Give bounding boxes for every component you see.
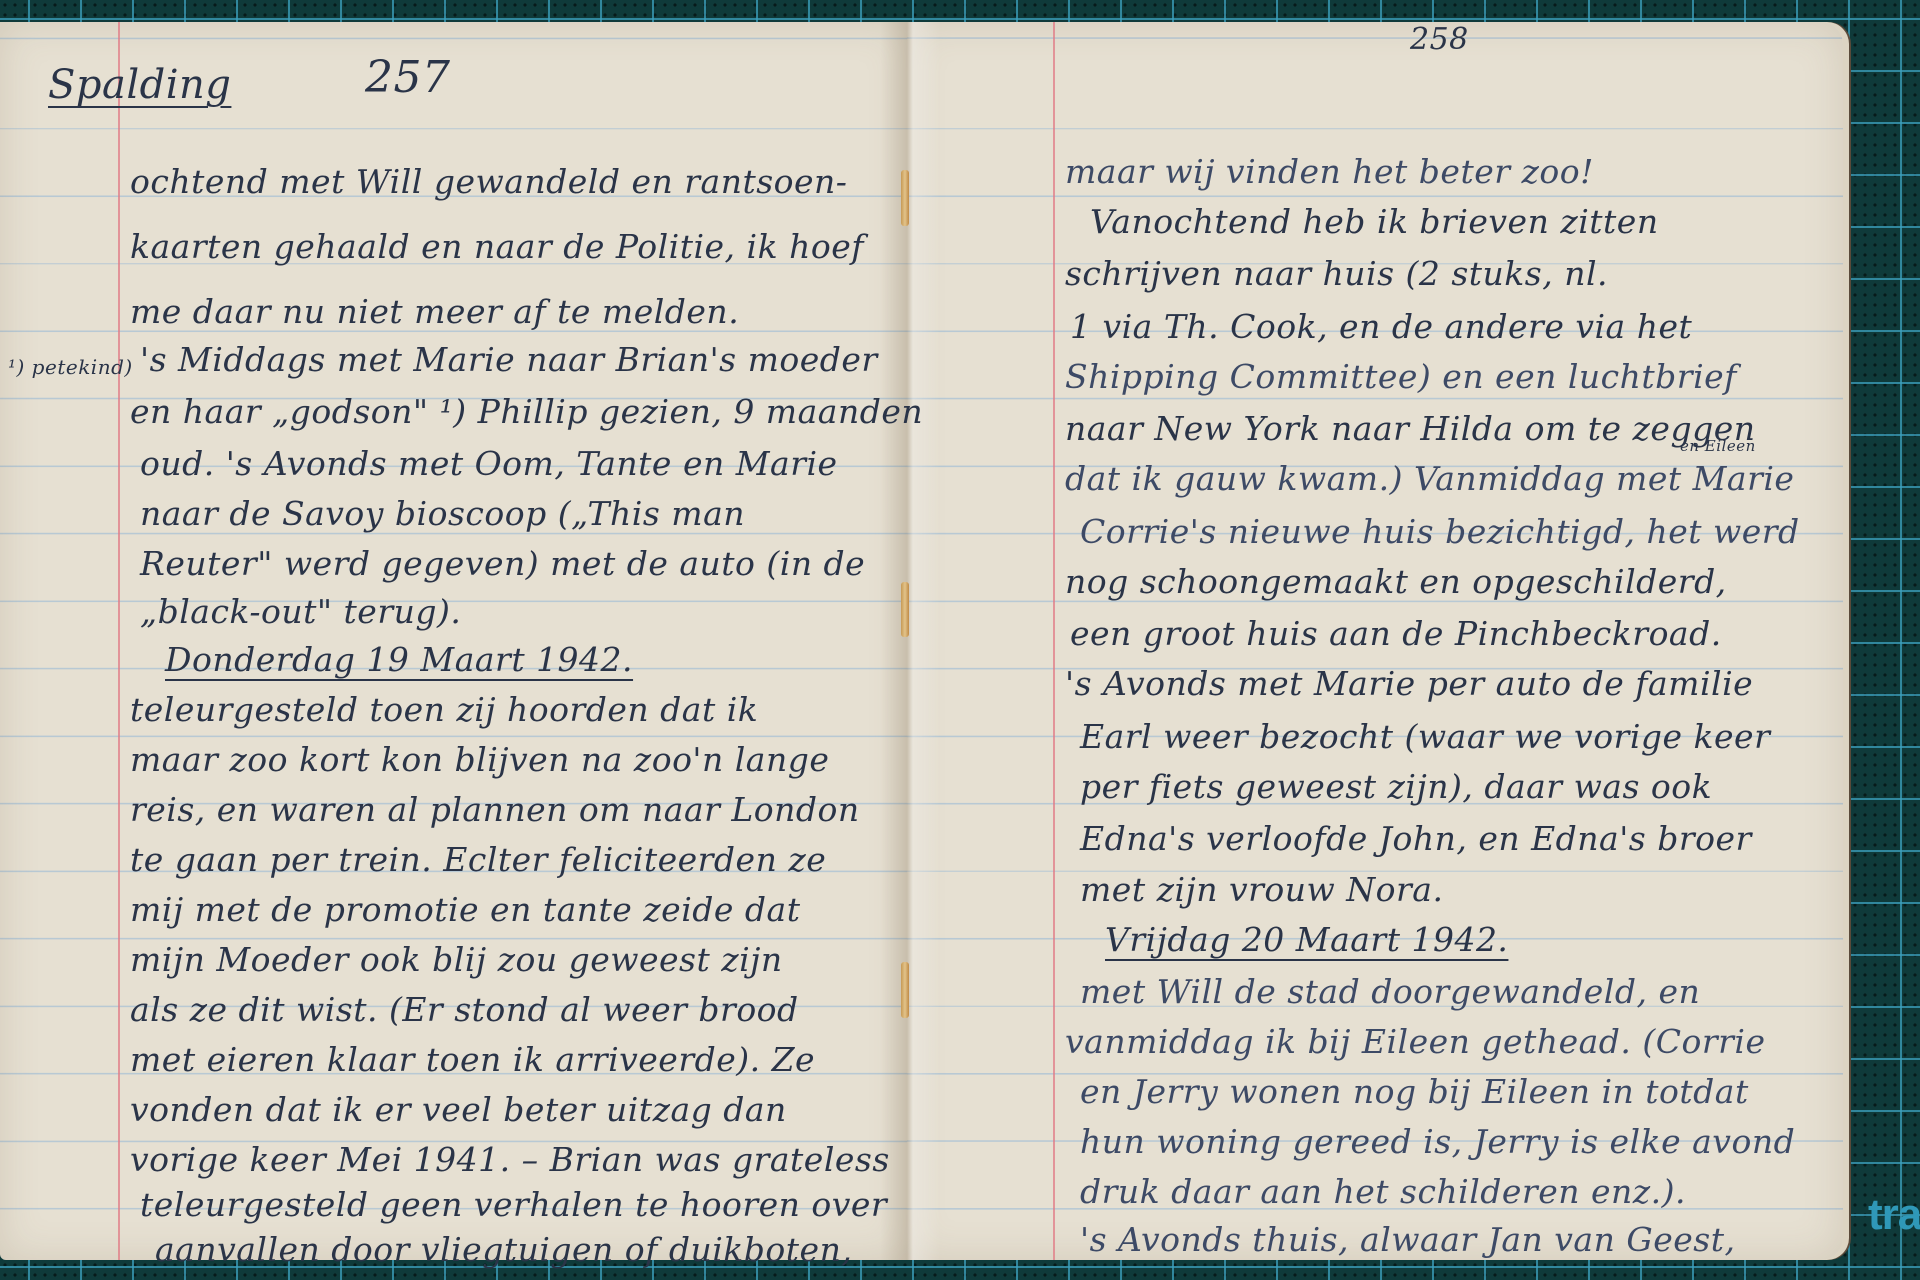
diary-line: dat ik gauw kwam.) Vanmiddag met Marie xyxy=(1065,459,1794,498)
diary-line: Earl weer bezocht (waar we vorige keer xyxy=(1080,717,1770,756)
diary-line: nog schoongemaakt en opgeschilderd, xyxy=(1065,562,1727,601)
diary-line: met eieren klaar toen ik arriveerde). Ze xyxy=(130,1040,815,1079)
diary-line: met Will de stad doorgewandeld, en xyxy=(1080,972,1700,1011)
diary-line: met zijn vrouw Nora. xyxy=(1080,870,1443,909)
open-notebook: Spalding 257 ¹) petekind) ochtend met Wi… xyxy=(0,22,1848,1260)
date-heading: Vrijdag 20 Maart 1942. xyxy=(1105,920,1508,959)
diary-line: mijn Moeder ook blij zou geweest zijn xyxy=(130,940,783,979)
left-margin-line xyxy=(118,22,120,1260)
diary-line: „black-out" terug). xyxy=(140,592,461,631)
diary-line: en Jerry wonen nog bij Eileen in totdat xyxy=(1080,1072,1749,1111)
diary-line: 's Avonds met Marie per auto de familie xyxy=(1065,664,1753,703)
diary-line: hun woning gereed is, Jerry is elke avon… xyxy=(1080,1122,1795,1161)
diary-line: vanmiddag ik bij Eileen gethead. (Corrie xyxy=(1065,1022,1766,1061)
diary-line: 's Middags met Marie naar Brian's moeder xyxy=(140,340,878,379)
date-heading: Donderdag 19 Maart 1942. xyxy=(165,640,633,679)
notebook-gutter xyxy=(880,22,940,1260)
diary-line: oud. 's Avonds met Oom, Tante en Marie xyxy=(140,444,838,483)
diary-line: schrijven naar huis (2 stuks, nl. xyxy=(1065,254,1608,293)
right-margin-line xyxy=(1053,22,1055,1260)
diary-line: Shipping Committee) en een luchtbrief xyxy=(1065,357,1737,396)
diary-line: Corrie's nieuwe huis bezichtigd, het wer… xyxy=(1080,512,1800,551)
diary-line: als ze dit wist. (Er stond al weer brood xyxy=(130,990,799,1029)
diary-line: en haar „godson" ¹) Phillip gezien, 9 ma… xyxy=(130,392,923,431)
diary-line: me daar nu niet meer af te melden. xyxy=(130,292,739,331)
diary-line: teleurgesteld toen zij hoorden dat ik xyxy=(130,690,758,729)
diary-line: aanvallen door vliegtuigen of duikboten, xyxy=(155,1230,852,1269)
diary-line: reis, en waren al plannen om naar London xyxy=(130,790,860,829)
diary-line: Reuter" werd gegeven) met de auto (in de xyxy=(140,544,865,583)
diary-line: druk daar aan het schilderen enz.). xyxy=(1080,1172,1686,1211)
binding-stitch xyxy=(901,582,909,637)
diary-line: ochtend met Will gewandeld en rantsoen- xyxy=(130,162,847,201)
binding-stitch xyxy=(901,962,909,1018)
diary-line: Vanochtend heb ik brieven zitten xyxy=(1090,202,1659,241)
diary-line: naar de Savoy bioscoop („This man xyxy=(140,494,745,533)
diary-line: maar zoo kort kon blijven na zoo'n lange xyxy=(130,740,829,779)
diary-line: te gaan per trein. Eclter feliciteerden … xyxy=(130,840,826,879)
margin-note: ¹) petekind) xyxy=(8,355,133,379)
diary-line: kaarten gehaald en naar de Politie, ik h… xyxy=(130,227,864,266)
diary-line: 's Avonds thuis, alwaar Jan van Geest, xyxy=(1080,1220,1735,1259)
diary-line: maar wij vinden het beter zoo! xyxy=(1065,152,1594,191)
diary-line: per fiets geweest zijn), daar was ook xyxy=(1080,767,1712,806)
diary-line: mij met de promotie en tante zeide dat xyxy=(130,890,800,929)
mat-brand-text: tra xyxy=(1868,1190,1920,1240)
page-number-right: 258 xyxy=(1410,22,1469,57)
diary-line: 1 via Th. Cook, en de andere via het xyxy=(1070,307,1692,346)
binding-stitch xyxy=(901,170,909,226)
page-number-left: 257 xyxy=(365,52,450,103)
diary-line: een groot huis aan de Pinchbeckroad. xyxy=(1070,614,1722,653)
diary-line: Edna's verloofde John, en Edna's broer xyxy=(1080,819,1752,858)
place-heading: Spalding xyxy=(48,62,231,108)
diary-line: naar New York naar Hilda om te zeggen xyxy=(1065,409,1755,448)
diary-line: vorige keer Mei 1941. – Brian was gratel… xyxy=(130,1140,890,1179)
diary-line: vonden dat ik er veel beter uitzag dan xyxy=(130,1090,787,1129)
diary-line: teleurgesteld geen verhalen te hooren ov… xyxy=(140,1185,887,1224)
